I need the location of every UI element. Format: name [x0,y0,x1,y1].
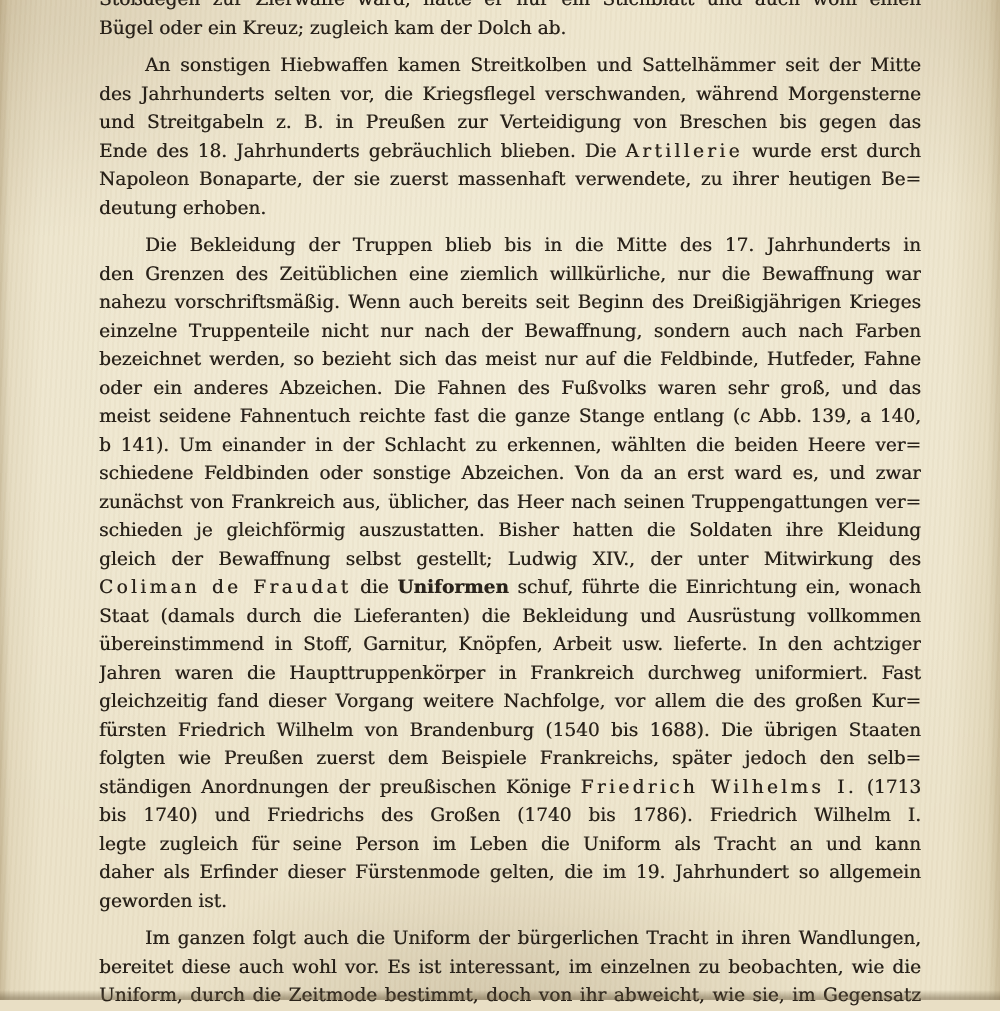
text-segment: ständigen Anordnungen der preußischen Kö… [99,777,581,798]
text-segment: folgten wie Preußen zuerst dem Beispiele… [99,748,921,769]
text-block: Stoßdegen zur Zierwaffe ward, hatte er n… [99,0,921,1000]
text-segment: oder ein anderes Abzeichen. Die Fahnen d… [99,378,921,399]
text-line: bezeichnet werden, so bezieht sich das m… [99,346,921,375]
text-segment: Uniform, durch die Zeitmode bestimmt, do… [99,985,921,1000]
text-segment: geworden ist. [99,891,227,912]
scanned-page: Stoßdegen zur Zierwaffe ward, hatte er n… [0,0,1000,1000]
text-line: nahezu vorschriftsmäßig. Wenn auch berei… [99,289,921,318]
text-segment: den Grenzen des Zeitüblichen eine ziemli… [99,264,921,285]
text-line: übereinstimmend in Stoff, Garnitur, Knöp… [99,631,921,660]
bold-text: Uniformen [397,577,508,598]
text-segment: bis 1740) und Friedrichs des Großen (174… [99,805,921,826]
text-line: Bügel oder ein Kreuz; zugleich kam der D… [99,15,921,44]
text-segment: Bügel oder ein Kreuz; zugleich kam der D… [99,18,566,39]
text-segment: deutung erhoben. [99,198,266,219]
text-segment: schiedene Feldbinden oder sonstige Abzei… [99,463,921,484]
text-segment: Napoleon Bonaparte, der sie zuerst masse… [99,169,921,190]
letterspaced-text: Friedrich Wilhelms I. [581,777,857,798]
letterspaced-text: Coliman de Fraudat [99,577,351,598]
text-line: geworden ist. [99,888,921,917]
text-segment: (1713 [857,777,921,798]
text-segment: einzelne Truppenteile nicht nur nach der… [99,321,921,342]
text-line: gleichzeitig fand dieser Vorgang weitere… [99,688,921,717]
text-line: An sonstigen Hiebwaffen kamen Streitkolb… [99,52,921,81]
text-line: b 141). Um einander in der Schlacht zu e… [99,432,921,461]
text-line: schieden je gleichförmig auszustatten. B… [99,517,921,546]
text-segment: legte zugleich für seine Person im Leben… [99,834,921,855]
text-segment: Im ganzen folgt auch die Uniform der bür… [145,928,921,949]
text-segment: Stoßdegen zur Zierwaffe ward, hatte er n… [99,0,921,10]
text-line: und Streitgabeln z. B. in Preußen zur Ve… [99,109,921,138]
text-segment: gleichzeitig fand dieser Vorgang weitere… [99,691,921,712]
text-segment: übereinstimmend in Stoff, Garnitur, Knöp… [99,634,921,655]
text-line: Ende des 18. Jahrhunderts gebräuchlich b… [99,138,921,167]
text-segment: wurde erst durch [743,141,921,162]
text-line: deutung erhoben. [99,195,921,224]
text-segment: bezeichnet werden, so bezieht sich das m… [99,349,921,370]
text-segment: daher als Erfinder dieser Fürstenmode ge… [99,862,921,883]
text-segment: Die Bekleidung der Truppen blieb bis in … [145,235,921,256]
text-line: legte zugleich für seine Person im Leben… [99,831,921,860]
text-line: Stoßdegen zur Zierwaffe ward, hatte er n… [99,0,921,15]
paragraph: Stoßdegen zur Zierwaffe ward, hatte er n… [99,0,921,43]
text-line: gleich der Bewaffnung selbst gestellt; L… [99,546,921,575]
text-line: Staat (damals durch die Lieferanten) die… [99,603,921,632]
text-line: den Grenzen des Zeitüblichen eine ziemli… [99,261,921,290]
paragraph: Im ganzen folgt auch die Uniform der bür… [99,925,921,1000]
text-segment: zunächst von Frankreich aus, üblicher, d… [99,492,921,513]
text-segment: Jahren waren die Haupttruppenkörper in F… [99,663,921,684]
text-line: Die Bekleidung der Truppen blieb bis in … [99,232,921,261]
text-segment: die [351,577,397,598]
text-segment: An sonstigen Hiebwaffen kamen Streitkolb… [145,55,921,76]
text-line: des Jahrhunderts selten vor, die Kriegsf… [99,81,921,110]
letterspaced-text: Artillerie [626,141,743,162]
text-line: Uniform, durch die Zeitmode bestimmt, do… [99,982,921,1000]
paragraph: Die Bekleidung der Truppen blieb bis in … [99,232,921,916]
text-line: bis 1740) und Friedrichs des Großen (174… [99,802,921,831]
text-segment: meist seidene Fahnentuch reichte fast di… [99,406,921,427]
text-segment: Staat (damals durch die Lieferanten) die… [99,606,921,627]
text-segment: fürsten Friedrich Wilhelm von Brandenbur… [99,720,921,741]
text-segment: des Jahrhunderts selten vor, die Kriegsf… [99,84,921,105]
text-line: bereitet diese auch wohl vor. Es ist int… [99,954,921,983]
text-line: einzelne Truppenteile nicht nur nach der… [99,318,921,347]
text-line: Im ganzen folgt auch die Uniform der bür… [99,925,921,954]
text-line: folgten wie Preußen zuerst dem Beispiele… [99,745,921,774]
text-segment: bereitet diese auch wohl vor. Es ist int… [99,957,921,978]
text-line: Coliman de Fraudat die Uniformen schuf, … [99,574,921,603]
text-segment: Ende des 18. Jahrhunderts gebräuchlich b… [99,141,626,162]
text-line: ständigen Anordnungen der preußischen Kö… [99,774,921,803]
text-line: fürsten Friedrich Wilhelm von Brandenbur… [99,717,921,746]
text-line: meist seidene Fahnentuch reichte fast di… [99,403,921,432]
text-segment: b 141). Um einander in der Schlacht zu e… [99,435,921,456]
text-line: Napoleon Bonaparte, der sie zuerst masse… [99,166,921,195]
text-line: schiedene Feldbinden oder sonstige Abzei… [99,460,921,489]
text-segment: gleich der Bewaffnung selbst gestellt; L… [99,549,921,570]
text-line: oder ein anderes Abzeichen. Die Fahnen d… [99,375,921,404]
paragraph: An sonstigen Hiebwaffen kamen Streitkolb… [99,52,921,223]
text-segment: nahezu vorschriftsmäßig. Wenn auch berei… [99,292,921,313]
text-line: daher als Erfinder dieser Fürstenmode ge… [99,859,921,888]
text-line: Jahren waren die Haupttruppenkörper in F… [99,660,921,689]
text-line: zunächst von Frankreich aus, üblicher, d… [99,489,921,518]
text-segment: und Streitgabeln z. B. in Preußen zur Ve… [99,112,921,133]
text-segment: schieden je gleichförmig auszustatten. B… [99,520,921,541]
